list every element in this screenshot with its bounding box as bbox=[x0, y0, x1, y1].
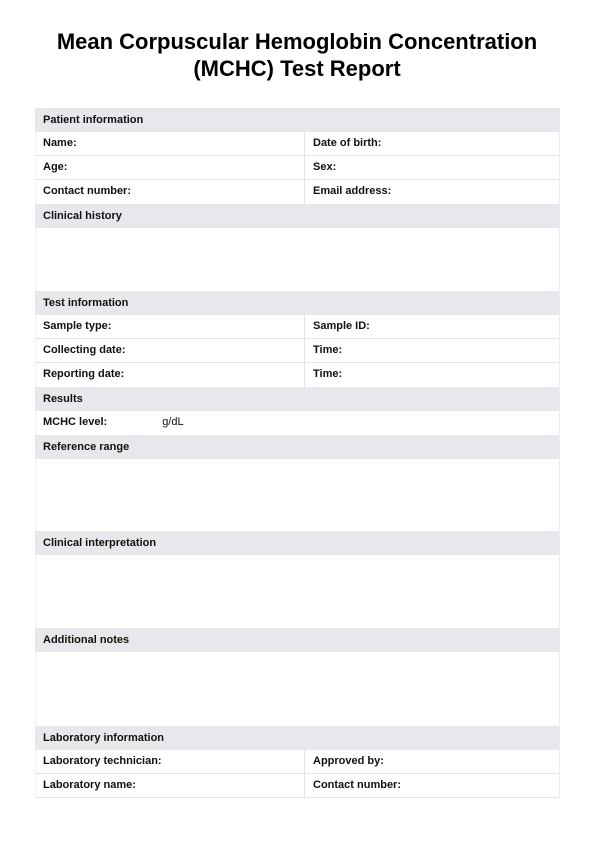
title-line-2: (MCHC) Test Report bbox=[193, 56, 400, 81]
email-address-field[interactable]: Email address: bbox=[305, 180, 559, 204]
form-row: Age: Sex: bbox=[35, 156, 559, 180]
date-of-birth-field[interactable]: Date of birth: bbox=[305, 132, 559, 155]
form-row: Contact number: Email address: bbox=[35, 180, 559, 204]
clinical-history-textarea[interactable] bbox=[35, 228, 559, 291]
page-title: Mean Corpuscular Hemoglobin Concentratio… bbox=[0, 28, 594, 82]
name-field[interactable]: Name: bbox=[36, 132, 305, 155]
section-header-patient-information: Patient information bbox=[35, 108, 559, 132]
mchc-unit-label: g/dL bbox=[162, 416, 183, 428]
form-row: Reporting date: Time: bbox=[35, 363, 559, 387]
section-header-test-information: Test information bbox=[35, 291, 559, 315]
sex-field[interactable]: Sex: bbox=[305, 156, 559, 179]
section-header-results: Results bbox=[35, 387, 559, 411]
title-line-1: Mean Corpuscular Hemoglobin Concentratio… bbox=[57, 29, 537, 54]
mchc-level-label: MCHC level: bbox=[43, 416, 107, 428]
form-row: Collecting date: Time: bbox=[35, 339, 559, 363]
sample-type-field[interactable]: Sample type: bbox=[36, 315, 305, 338]
reference-range-textarea[interactable] bbox=[35, 459, 559, 531]
reporting-time-field[interactable]: Time: bbox=[305, 363, 559, 387]
sample-id-field[interactable]: Sample ID: bbox=[305, 315, 559, 338]
section-header-additional-notes: Additional notes bbox=[35, 628, 559, 652]
laboratory-contact-number-field[interactable]: Contact number: bbox=[305, 774, 559, 797]
patient-contact-number-field[interactable]: Contact number: bbox=[36, 180, 305, 204]
additional-notes-textarea[interactable] bbox=[35, 652, 559, 726]
collecting-date-field[interactable]: Collecting date: bbox=[36, 339, 305, 362]
form-row: Laboratory technician: Approved by: bbox=[35, 750, 559, 774]
section-header-laboratory-information: Laboratory information bbox=[35, 726, 559, 750]
form-row: MCHC level:g/dL bbox=[35, 411, 559, 435]
form-row: Sample type: Sample ID: bbox=[35, 315, 559, 339]
laboratory-technician-field[interactable]: Laboratory technician: bbox=[36, 750, 305, 773]
laboratory-name-field[interactable]: Laboratory name: bbox=[36, 774, 305, 797]
form-row: Name: Date of birth: bbox=[35, 132, 559, 156]
form-row: Laboratory name: Contact number: bbox=[35, 774, 559, 798]
reporting-date-field[interactable]: Reporting date: bbox=[36, 363, 305, 387]
section-header-clinical-interpretation: Clinical interpretation bbox=[35, 531, 559, 555]
clinical-interpretation-textarea[interactable] bbox=[35, 555, 559, 628]
approved-by-field[interactable]: Approved by: bbox=[305, 750, 559, 773]
collecting-time-field[interactable]: Time: bbox=[305, 339, 559, 362]
age-field[interactable]: Age: bbox=[36, 156, 305, 179]
report-form: Patient information Name: Date of birth:… bbox=[35, 108, 560, 798]
mchc-level-field[interactable]: MCHC level:g/dL bbox=[36, 411, 559, 435]
section-header-reference-range: Reference range bbox=[35, 435, 559, 459]
section-header-clinical-history: Clinical history bbox=[35, 204, 559, 228]
